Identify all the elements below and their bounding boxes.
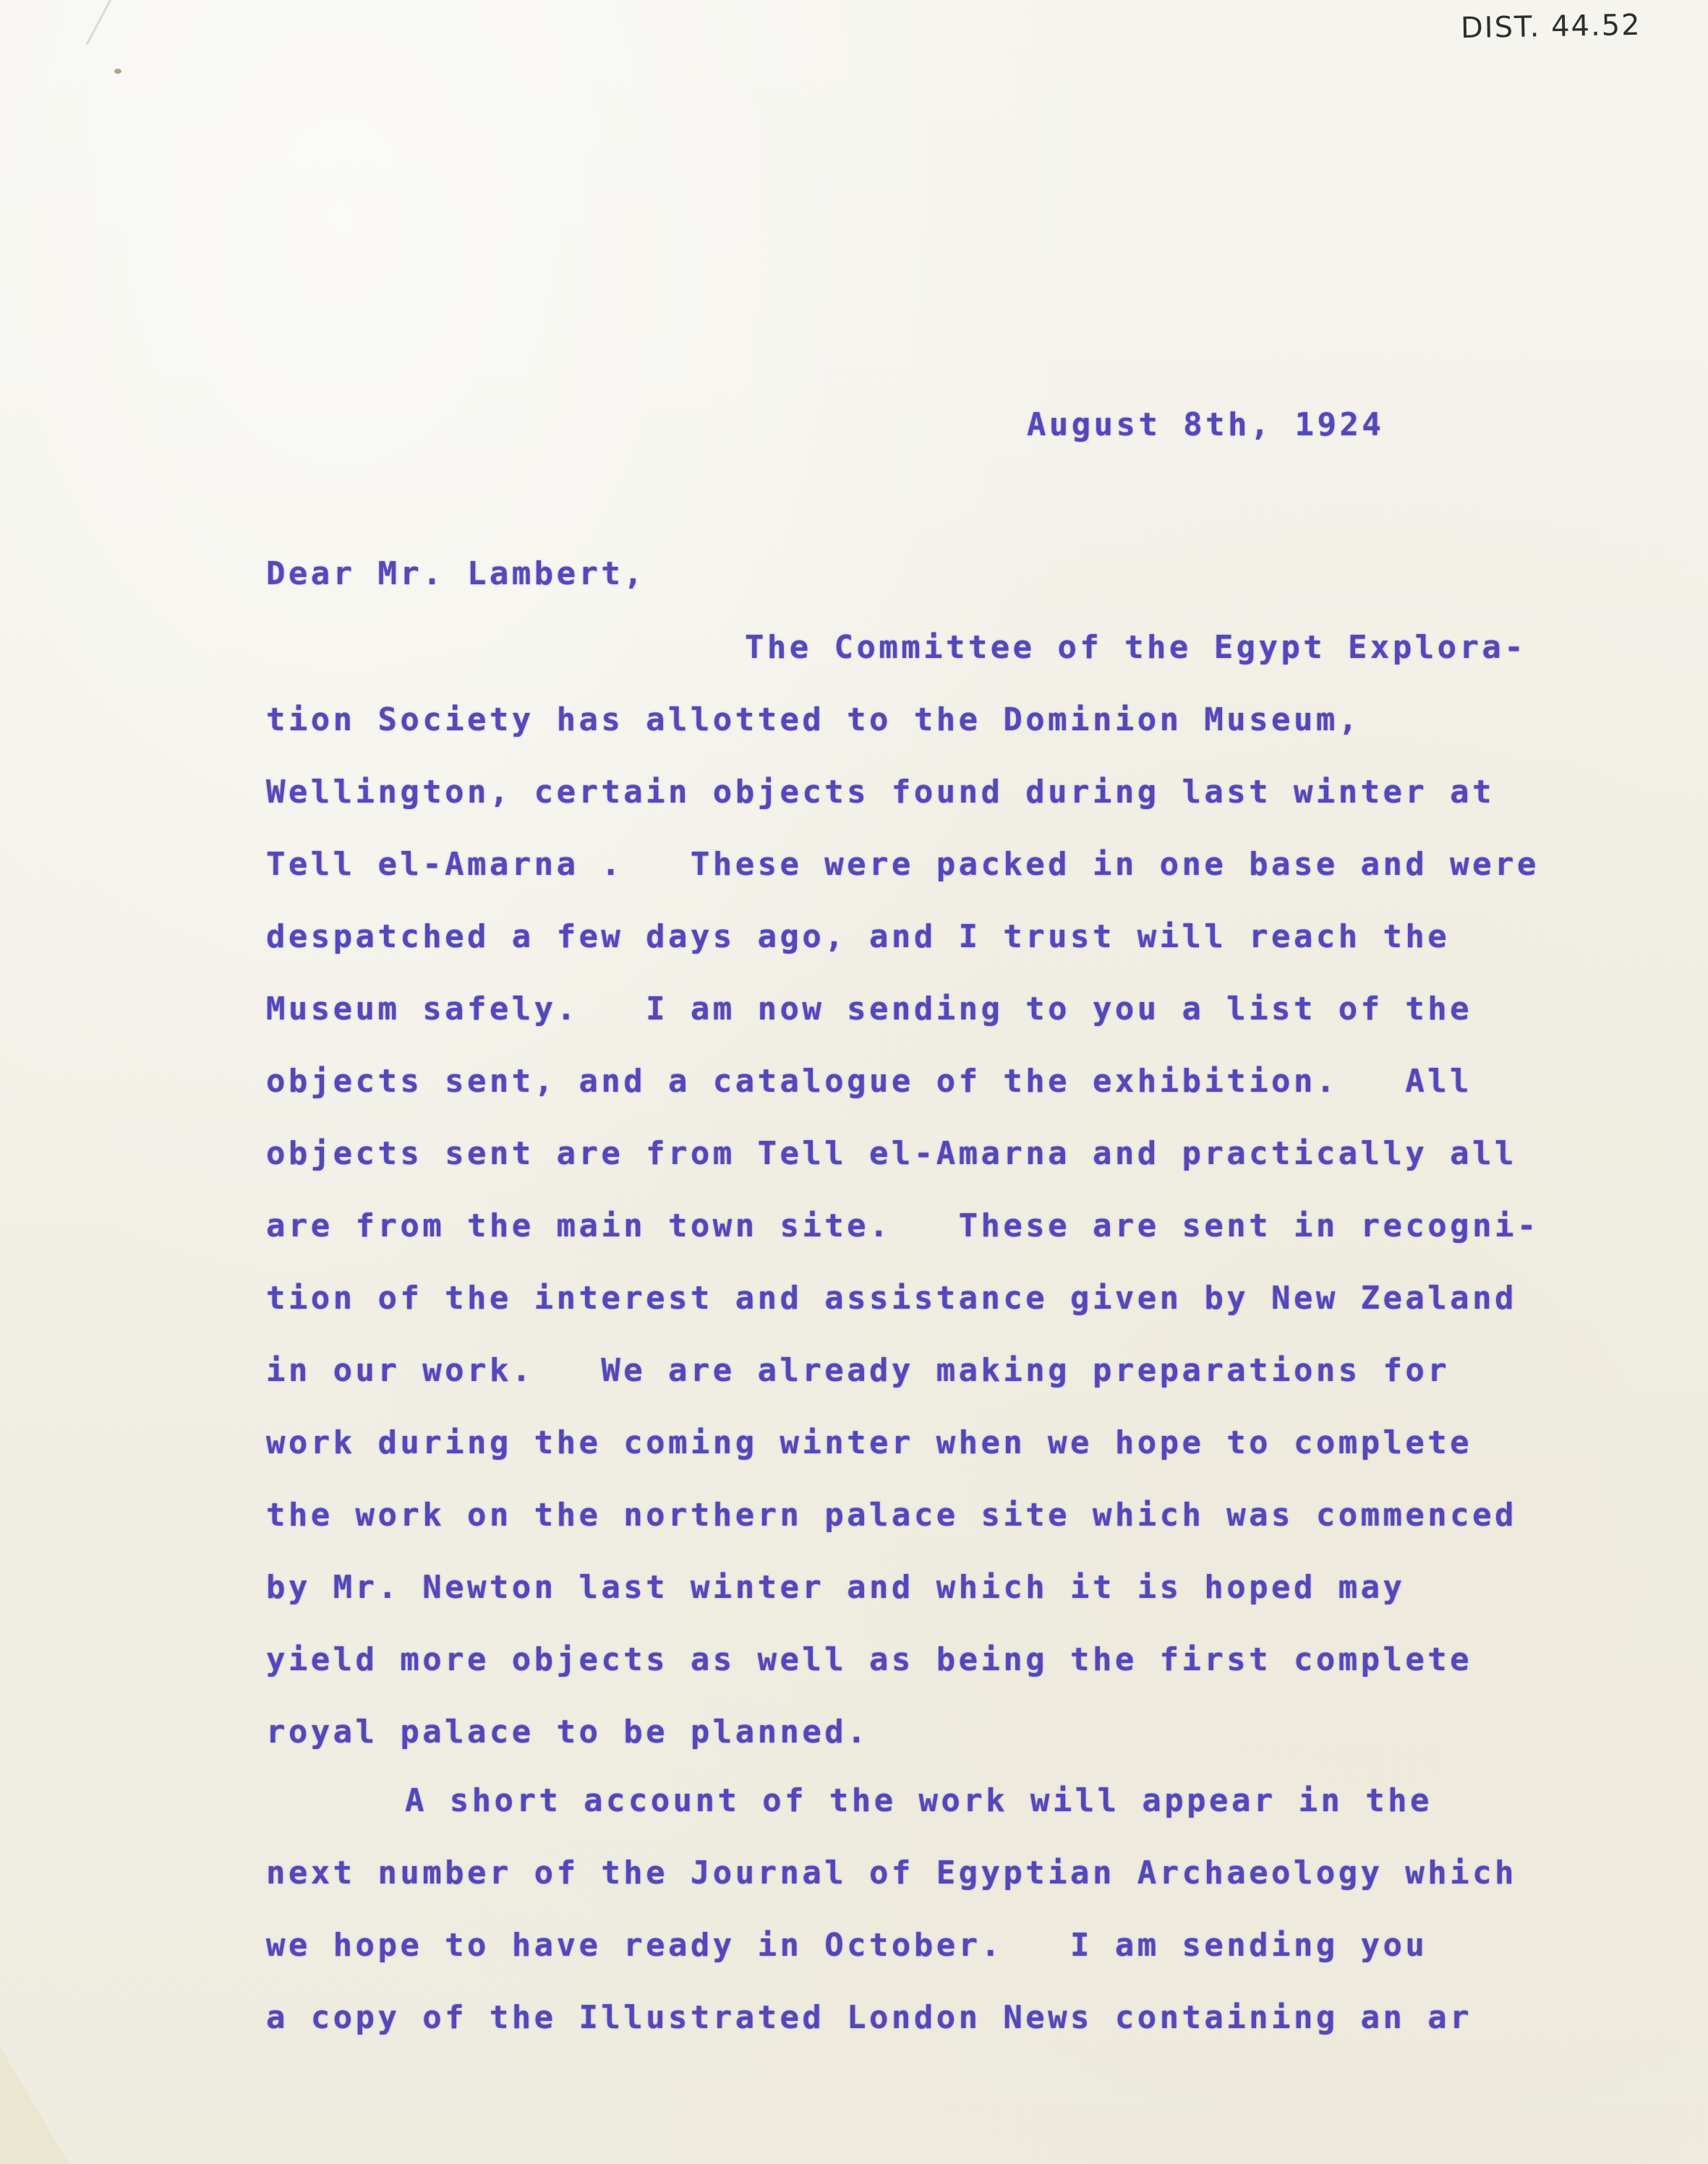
- body-line: a copy of the Illustrated London News co…: [266, 1999, 1472, 2036]
- body-line: despatched a few days ago, and I trust w…: [266, 918, 1450, 955]
- body-line: in our work. We are already making prepa…: [266, 1352, 1450, 1389]
- body-line: by Mr. Newton last winter and which it i…: [266, 1569, 1405, 1606]
- body-line: we hope to have ready in October. I am s…: [266, 1927, 1427, 1964]
- body-line: objects sent, and a catalogue of the exh…: [266, 1063, 1472, 1100]
- folded-corner: [0, 2046, 69, 2164]
- body-line: tion of the interest and assistance give…: [266, 1280, 1517, 1317]
- body-line: royal palace to be planned.: [266, 1714, 869, 1750]
- body-line: tion Society has allotted to the Dominio…: [266, 701, 1361, 738]
- body-line: objects sent are from Tell el-Amarna and…: [266, 1135, 1517, 1172]
- archive-reference: DIST. 44.52: [1461, 9, 1641, 45]
- body-line: Tell el-Amarna . These were packed in on…: [266, 846, 1540, 883]
- letter-date: August 8th, 1924: [1027, 406, 1384, 443]
- body-line: Museum safely. I am now sending to you a…: [266, 991, 1472, 1027]
- salutation: Dear Mr. Lambert,: [266, 555, 646, 592]
- body-line: yield more objects as well as being the …: [266, 1641, 1472, 1678]
- paper-blemish: [114, 69, 121, 74]
- body-line: A short account of the work will appear …: [405, 1782, 1432, 1819]
- body-line: next number of the Journal of Egyptian A…: [266, 1855, 1517, 1891]
- body-line: the work on the northern palace site whi…: [266, 1497, 1517, 1534]
- body-line: are from the main town site. These are s…: [266, 1207, 1540, 1244]
- body-line: work during the coming winter when we ho…: [266, 1424, 1472, 1461]
- body-line: Wellington, certain objects found during…: [266, 774, 1495, 811]
- body-line: The Committee of the Egypt Explora-: [745, 629, 1526, 666]
